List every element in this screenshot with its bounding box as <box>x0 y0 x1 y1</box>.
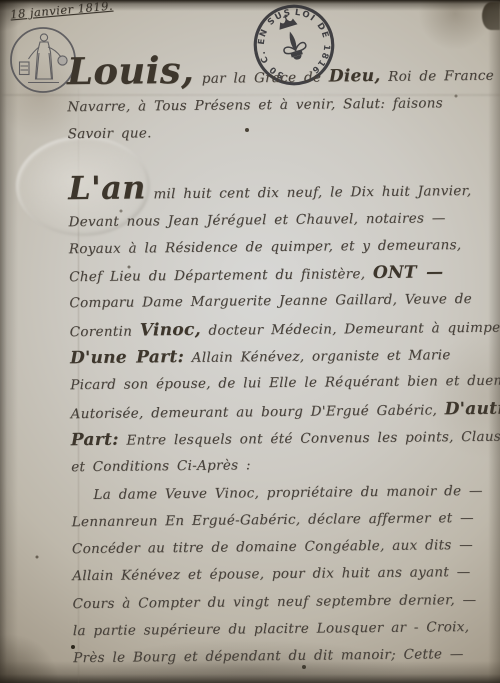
manuscript-text-segment: par la Grace de <box>194 69 329 86</box>
manuscript-text-segment: mil huit cent dix neuf, le Dix huit Janv… <box>146 183 472 202</box>
manuscript-text-segment: docteur Médecin, Demeurant à quimper, <box>201 319 500 338</box>
manuscript-text-segment: Louis, <box>67 48 195 93</box>
manuscript-line: Comparu Dame Marguerite Jeanne Gaillard,… <box>69 286 489 318</box>
manuscript-text-segment: L'an <box>68 168 146 207</box>
top-right-corner-mark <box>482 2 500 30</box>
manuscript-text-segment: Entre lesquels ont été Convenus les poin… <box>119 428 500 448</box>
manuscript-line: Chef Lieu du Département du finistère, O… <box>69 259 489 291</box>
manuscript-text-segment: Navarre, à Tous Présens et à venir, Salu… <box>67 95 443 115</box>
manuscript-line: Devant nous Jean Jéréguel et Chauvel, no… <box>68 204 488 236</box>
manuscript-line: La dame Veuve Vinoc, propriétaire du man… <box>71 477 491 509</box>
manuscript-line: Part: Entre lesquels ont été Convenus le… <box>71 423 491 455</box>
manuscript-line: Lennanreun En Ergué-Gabéric, déclare aff… <box>72 505 492 537</box>
manuscript-text-segment: Lennanreun En Ergué-Gabéric, déclare aff… <box>72 510 474 530</box>
manuscript-line: Concéder au titre de domaine Congéable, … <box>72 532 492 564</box>
manuscript-text-segment: Vinoc, <box>140 320 201 341</box>
manuscript-line: Royaux à la Résidence de quimper, et y d… <box>69 232 489 264</box>
manuscript-text-segment: la partie supérieure du placitre Lousque… <box>73 619 470 639</box>
manuscript-text-segment: La dame Veuve Vinoc, propriétaire du man… <box>93 482 482 502</box>
manuscript-text-segment: Cours à Compter du vingt neuf septembre … <box>73 592 477 612</box>
manuscript-line: D'une Part: Allain Kénévez, organiste et… <box>70 341 490 373</box>
manuscript-line: Louis, par la Grace de Dieu, Roi de Fran… <box>67 38 488 94</box>
manuscript-line: Corentin Vinoc, docteur Médecin, Demeura… <box>70 314 490 346</box>
date-annotation: 18 janvier 1819. <box>10 0 114 21</box>
manuscript-text-segment: Devant nous Jean Jéréguel et Chauvel, no… <box>69 210 446 230</box>
manuscript-text-segment: Picard son épouse, de lui Elle le Réquér… <box>70 373 500 394</box>
manuscript-page: 18 janvier 1819. 50 C. EN SUS LOI DE 181… <box>0 0 500 683</box>
manuscript-text-segment: Concéder au titre de domaine Congéable, … <box>72 537 473 557</box>
manuscript-text-segment: ONT — <box>373 262 444 283</box>
manuscript-text-segment: Comparu Dame Marguerite Jeanne Gaillard,… <box>69 291 472 311</box>
manuscript-text-segment: Chef Lieu du Département du finistère, <box>69 266 373 285</box>
manuscript-text-segment: Dieu, <box>329 66 381 87</box>
manuscript-text-segment: et Conditions Ci-Après : <box>71 458 251 476</box>
manuscript-text-segment: Allain Kénévez, organiste et Marie <box>184 347 451 366</box>
manuscript-line: Savoir que. <box>68 117 488 149</box>
manuscript-text-segment: Corentin <box>70 323 140 340</box>
manuscript-text-segment: Allain Kénévez et épouse, pour dix huit … <box>72 564 470 584</box>
manuscript-line: Picard son épouse, de lui Elle le Réquér… <box>70 368 490 400</box>
manuscript-text-segment: D'une Part: <box>70 347 184 368</box>
manuscript-line: la partie supérieure du placitre Lousque… <box>73 614 493 646</box>
manuscript-text-segment: Royaux à la Résidence de quimper, et y d… <box>69 237 462 257</box>
manuscript-line: L'an mil huit cent dix neuf, le Dix huit… <box>68 158 488 208</box>
manuscript-text-segment: Part: <box>71 430 119 451</box>
manuscript-lines: Louis, par la Grace de Dieu, Roi de Fran… <box>67 38 494 673</box>
manuscript-line: Allain Kénévez et épouse, pour dix huit … <box>72 559 492 591</box>
manuscript-line: Cours à Compter du vingt neuf septembre … <box>72 587 492 619</box>
manuscript-line: et Conditions Ci-Après : <box>71 450 491 482</box>
manuscript-line: Navarre, à Tous Présens et à venir, Salu… <box>67 90 487 122</box>
manuscript-line: Près le Bourg et dépendant du dit manoir… <box>73 641 493 673</box>
manuscript-text-segment: Près le Bourg et dépendant du dit manoir… <box>73 646 464 666</box>
manuscript-text-segment: Savoir que. <box>68 126 152 143</box>
manuscript-text-segment: Autorisée, demeurant au bourg D'Ergué Ga… <box>71 402 445 422</box>
manuscript-line: Autorisée, demeurant au bourg D'Ergué Ga… <box>70 395 490 427</box>
manuscript-text-segment: D'autre <box>445 398 500 419</box>
manuscript-text-segment: Roi de France et de <box>381 67 500 85</box>
